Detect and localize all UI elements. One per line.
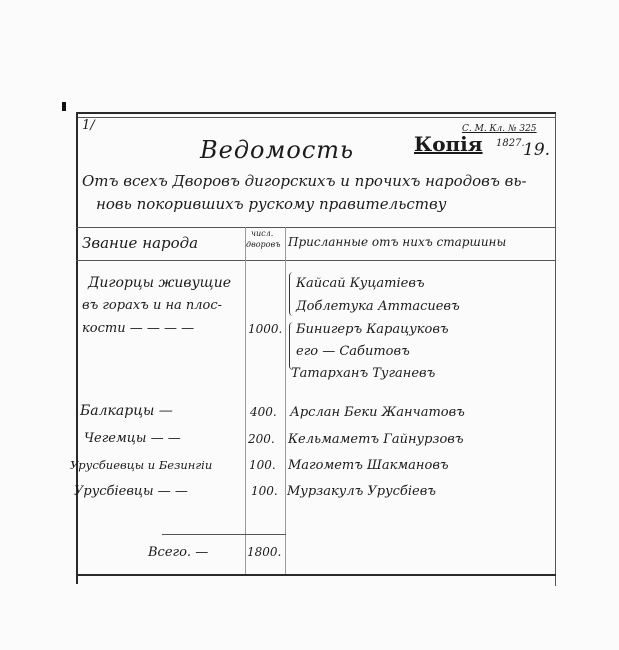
archive-year: 1827. bbox=[496, 138, 525, 149]
elder-name: Магометъ Шакмановъ bbox=[288, 458, 449, 473]
subtitle-line-1: Отъ всехъ Дворовъ дигорскихъ и прочихъ н… bbox=[82, 172, 527, 190]
row-count: 100. bbox=[249, 458, 276, 472]
copy-label: Копія bbox=[414, 132, 483, 156]
row-name-line: Урусбіевцы — — bbox=[74, 484, 188, 499]
row-count: 1000. bbox=[248, 322, 282, 336]
archive-reference: С. М. Кл. № 325 bbox=[462, 124, 537, 134]
elder-name: Кайсай Куцатіевъ bbox=[296, 276, 425, 291]
total-label: Всего. — bbox=[148, 545, 208, 560]
column-header-count-bottom: дворовъ bbox=[246, 240, 280, 249]
elder-name: Татарханъ Туганевъ bbox=[291, 366, 435, 381]
total-value: 1800. bbox=[247, 545, 281, 559]
elder-name: Доблетука Аттасиевъ bbox=[296, 299, 460, 314]
document-title: Ведомость bbox=[200, 136, 354, 164]
top-border bbox=[76, 112, 556, 114]
page-number: 1/ bbox=[82, 118, 95, 133]
elder-name: Бинигеръ Карацуковъ bbox=[296, 322, 449, 337]
col-divider-2 bbox=[285, 227, 286, 574]
archive-sheet: 19. bbox=[523, 140, 550, 160]
top-border-double bbox=[76, 117, 556, 118]
column-header-name: Звание народа bbox=[82, 234, 198, 252]
row-count: 200. bbox=[248, 432, 275, 446]
margin-mark bbox=[62, 102, 66, 111]
header-bottom-rule bbox=[76, 260, 556, 261]
elder-name: Мурзакулъ Урусбіевъ bbox=[287, 484, 436, 499]
header-top-rule bbox=[76, 227, 556, 228]
column-header-count-top: числ. bbox=[251, 229, 273, 238]
elder-name: его — Сабитовъ bbox=[296, 344, 410, 359]
left-border bbox=[76, 114, 78, 584]
brace-lower bbox=[289, 322, 295, 370]
row-count: 400. bbox=[250, 405, 277, 419]
elder-name: Арслан Беки Жанчатовъ bbox=[290, 405, 465, 420]
row-name-line: въ горахъ и на плос- bbox=[82, 298, 222, 313]
col-divider-1 bbox=[245, 227, 246, 574]
row-name-line: Балкарцы — bbox=[80, 403, 173, 419]
bottom-border bbox=[76, 574, 556, 576]
row-name-line: Дигорцы живущие bbox=[88, 275, 231, 291]
row-count: 100. bbox=[251, 484, 278, 498]
right-border bbox=[555, 114, 556, 586]
row-name-line: Чегемцы — — bbox=[84, 431, 181, 446]
brace-upper bbox=[289, 272, 295, 316]
subtitle-line-2: новь покорившихъ рускому правительству bbox=[96, 195, 446, 213]
total-rule bbox=[162, 534, 286, 535]
row-name-line: Урусбиевцы и Безингіи bbox=[70, 458, 212, 472]
row-name-line: кости — — — — bbox=[82, 321, 194, 336]
elder-name: Кельмаметъ Гайнурзовъ bbox=[288, 432, 464, 447]
column-header-elders: Присланные отъ нихъ старшины bbox=[288, 235, 506, 249]
